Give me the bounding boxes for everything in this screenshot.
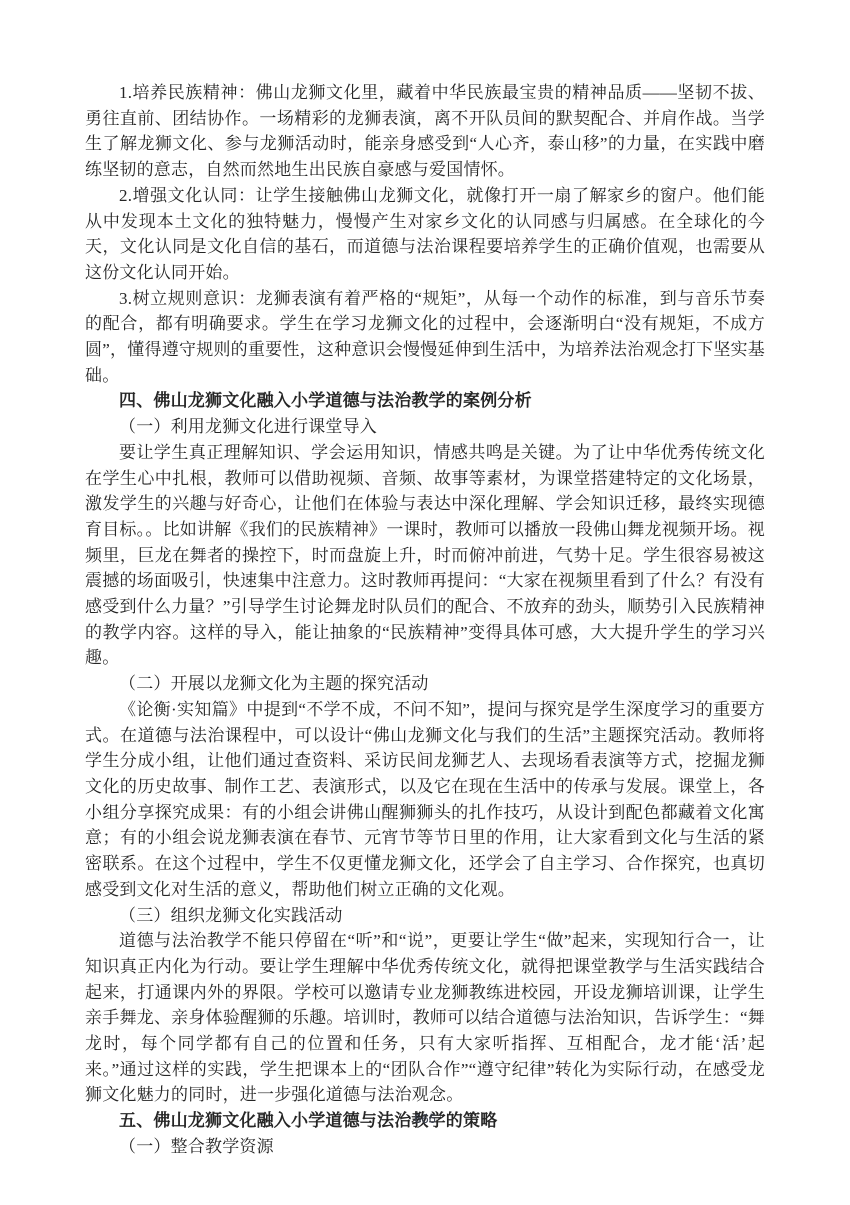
section-heading-4-case-analysis: 四、佛山龙狮文化融入小学道德与法治教学的案例分析 [85, 388, 765, 414]
page-content: 1.培养民族精神：佛山龙狮文化里，藏着中华民族最宝贵的精神品质——坚韧不拔、勇往… [85, 80, 765, 1160]
body-paragraph-practice-activity: 道德与法治教学不能只停留在“听”和“说”，更要让学生“做”起来，实现知行合一，让… [85, 928, 765, 1108]
body-paragraph-inquiry-activity: 《论衡·实知篇》中提到“不学不成，不问不知”，提问与探究是学生深度学习的重要方式… [85, 697, 765, 903]
body-paragraph-classroom-intro: 要让学生真正理解知识、学会运用知识，情感共鸣是关键。为了让中华优秀传统文化在学生… [85, 440, 765, 671]
body-paragraph-rule-awareness: 3.树立规则意识：龙狮表演有着严格的“规矩”，从每一个动作的标准，到与音乐节奏的… [85, 286, 765, 389]
page-number: 666 [0, 1111, 850, 1126]
subsection-heading-1-classroom-intro: （一）利用龙狮文化进行课堂导入 [85, 414, 765, 440]
body-paragraph-cultural-identity: 2.增强文化认同：让学生接触佛山龙狮文化，就像打开一扇了解家乡的窗户。他们能从中… [85, 183, 765, 286]
body-paragraph-nurture-national-spirit: 1.培养民族精神：佛山龙狮文化里，藏着中华民族最宝贵的精神品质——坚韧不拔、勇往… [85, 80, 765, 183]
subsection-heading-2-inquiry-activity: （二）开展以龙狮文化为主题的探究活动 [85, 671, 765, 697]
document-page: 1.培养民族精神：佛山龙狮文化里，藏着中华民族最宝贵的精神品质——坚韧不拔、勇往… [0, 0, 850, 1205]
subsection-heading-1-integrate-resources: （一）整合教学资源 [85, 1134, 765, 1160]
subsection-heading-3-practice-activity: （三）组织龙狮文化实践活动 [85, 903, 765, 929]
